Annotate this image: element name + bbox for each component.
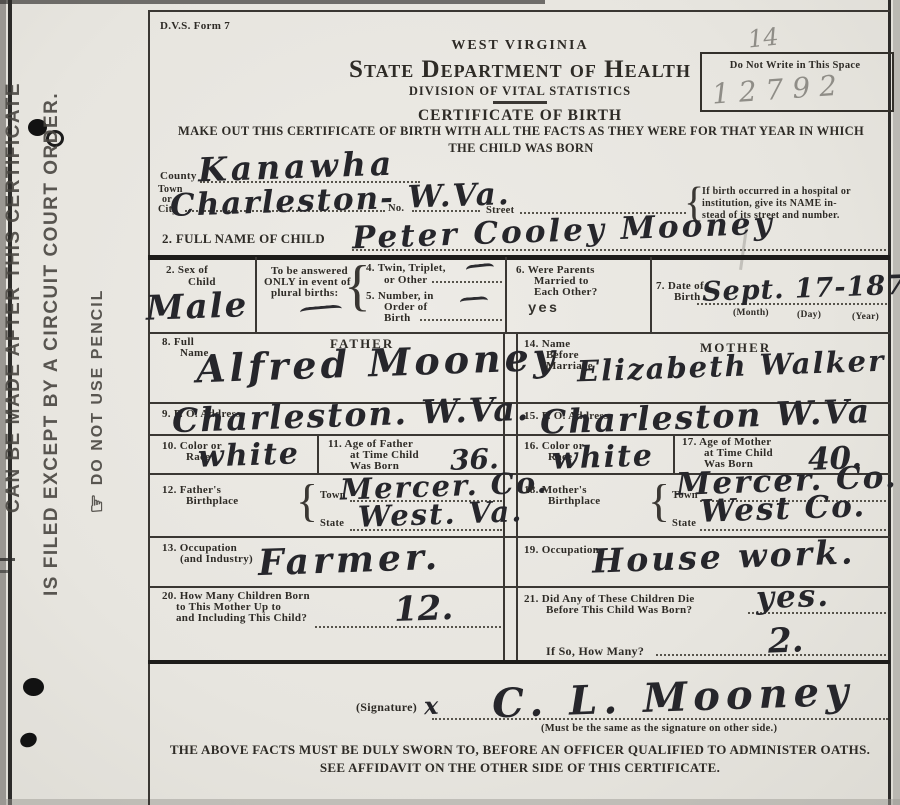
- grid-line: [148, 332, 890, 334]
- father-occupation-label-2: (and Industry): [180, 553, 253, 565]
- bottom-margin-strip: [0, 799, 900, 805]
- twin-line: [432, 281, 502, 283]
- mother-state-value: West Co.: [700, 491, 867, 528]
- married-value: yes: [528, 301, 559, 317]
- punch-hole: [23, 678, 44, 696]
- dob-value: Sept. 17-1875: [702, 271, 900, 306]
- twin-label-2: or Other: [384, 274, 427, 286]
- signature-x-mark: x: [424, 694, 439, 718]
- grid-line: [505, 257, 507, 332]
- sex-value: Male: [145, 288, 248, 326]
- top-paper-edge: [0, 0, 545, 4]
- stray-mark: [0, 570, 12, 573]
- grid-line: [650, 257, 652, 332]
- scanned-birth-certificate: CAN BE MADE AFTER THIS CERTIFICATE IS FI…: [0, 0, 900, 805]
- stray-mark: [0, 558, 15, 561]
- instruction-line1: MAKE OUT THIS CERTIFICATE OF BIRTH WITH …: [152, 124, 890, 139]
- pencil-warning-text: DO NOT USE PENCIL: [89, 289, 106, 486]
- mother-occupation-value: House work.: [592, 535, 856, 577]
- signature-label: (Signature): [356, 700, 417, 715]
- number-line: [420, 319, 502, 321]
- certificate-title: CERTIFICATE OF BIRTH: [300, 107, 740, 125]
- mother-state-line: [700, 529, 886, 531]
- children-born-value: 12.: [393, 591, 453, 627]
- county-label: County: [160, 170, 197, 182]
- section-divider-top: [148, 255, 890, 260]
- mother-state-label: State: [672, 518, 696, 529]
- footer-line1: THE ABOVE FACTS MUST BE DULY SWORN TO, B…: [150, 742, 890, 758]
- no-label: No.: [388, 203, 404, 214]
- right-margin-strip: [893, 0, 900, 805]
- grid-line: [148, 434, 890, 436]
- mother-birthplace-brace: {: [648, 478, 670, 524]
- signature-note: (Must be the same as the signature on ot…: [541, 723, 777, 734]
- mother-race-value: white: [552, 441, 655, 475]
- do-not-use-pencil-stamp: ☞ DO NOT USE PENCIL: [84, 286, 110, 516]
- twin-label-1: 4. Twin, Triplet,: [366, 262, 446, 274]
- form-number: D.V.S. Form 7: [160, 20, 230, 32]
- dob-month-label: (Month): [733, 308, 769, 318]
- father-race-value: white: [198, 439, 301, 473]
- children-born-label-3: and Including This Child?: [176, 612, 307, 624]
- hospital-note-1: If birth occurred in a hospital or: [702, 186, 851, 197]
- dob-day-label: (Day): [797, 310, 821, 320]
- form-left-border: [148, 10, 150, 805]
- state-title: WEST VIRGINIA: [300, 38, 740, 54]
- sex-label-1: 2. Sex of: [166, 264, 208, 276]
- grid-line: [317, 434, 319, 473]
- header-rule: [493, 101, 547, 104]
- father-birthplace-brace: {: [296, 478, 318, 524]
- no-line: [412, 210, 480, 212]
- form-top-border: [148, 10, 890, 12]
- dob-year-label: (Year): [852, 312, 879, 322]
- section-divider-bottom: [148, 660, 890, 664]
- grid-line: [255, 257, 257, 332]
- number-label-3: Birth: [384, 312, 411, 324]
- children-died-value: yes.: [755, 581, 830, 615]
- footer-line2: SEE AFFIDAVIT ON THE OTHER SIDE OF THIS …: [150, 760, 890, 776]
- dob-label-2: Birth: [674, 291, 701, 303]
- father-occupation-value: Farmer.: [257, 539, 441, 581]
- division-title: DIVISION OF VITAL STATISTICS: [300, 84, 740, 99]
- pointing-hand-icon: ☞: [84, 492, 109, 514]
- father-birthplace-label-2: Birthplace: [186, 495, 239, 507]
- father-state-value: West. Va.: [358, 497, 524, 532]
- if-so-label: If So, How Many?: [546, 644, 644, 659]
- signature-value: C. L. Mooney: [491, 672, 855, 725]
- mother-occupation-label: 19. Occupation: [524, 544, 599, 556]
- mother-birthplace-label-2: Birthplace: [548, 495, 601, 507]
- pencil-number-top: 14: [747, 24, 780, 51]
- father-state-label: State: [320, 518, 344, 529]
- margin-stamp-line2: IS FILED EXCEPT BY A CIRCUIT COURT ORDER…: [41, 126, 63, 596]
- if-so-value: 2.: [767, 623, 804, 658]
- children-died-label-2: Before This Child Was Born?: [546, 604, 692, 616]
- do-not-write-label: Do Not Write in This Space: [702, 60, 888, 71]
- married-label-3: Each Other?: [534, 286, 598, 298]
- child-name-label: 2. FULL NAME OF CHILD: [162, 231, 325, 247]
- plural-note-3: plural births:: [271, 287, 338, 299]
- margin-stamp-line1: CAN BE MADE AFTER THIS CERTIFICATE: [3, 93, 25, 513]
